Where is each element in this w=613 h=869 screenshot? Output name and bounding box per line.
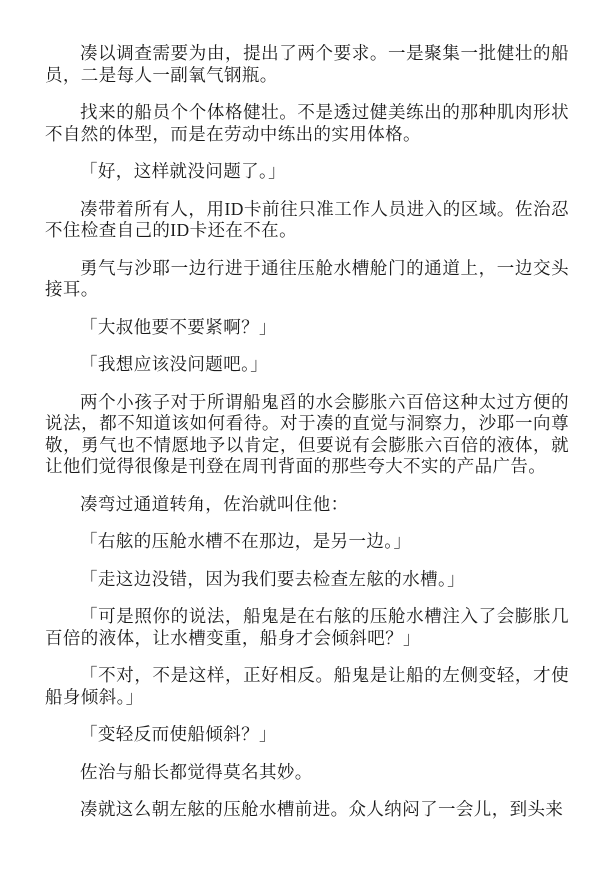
paragraph-dialogue: 「不对，不是这样，正好相反。船鬼是让船的左侧变轻，才使船身倾斜。」: [45, 665, 569, 708]
paragraph: 凑弯过通道转角，佐治就叫住他：: [45, 494, 569, 516]
paragraph-dialogue: 「大叔他要不要紧啊？」: [45, 317, 569, 339]
paragraph: 凑带着所有人，用ID卡前往只准工作人员进入的区域。佐治忍不住检查自己的ID卡还在…: [45, 199, 569, 242]
paragraph-dialogue: 「变轻反而使船倾斜？」: [45, 724, 569, 746]
paragraph-dialogue: 「我想应该没问题吧。」: [45, 354, 569, 376]
paragraph: 勇气与沙耶一边行进于通往压舱水槽舱门的通道上，一边交头接耳。: [45, 258, 569, 301]
paragraph: 两个小孩子对于所谓船鬼舀的水会膨胀六百倍这种太过方便的说法，都不知道该如何看待。…: [45, 392, 569, 478]
paragraph: 凑就这么朝左舷的压舱水槽前进。众人纳闷了一会儿，到头来: [45, 799, 569, 821]
paragraph-dialogue: 「右舷的压舱水槽不在那边，是另一边。」: [45, 531, 569, 553]
paragraph: 找来的船员个个体格健壮。不是透过健美练出的那种肌肉形状不自然的体型，而是在劳动中…: [45, 102, 569, 145]
paragraph: 佐治与船长都觉得莫名其妙。: [45, 762, 569, 784]
paragraph-dialogue: 「可是照你的说法，船鬼是在右舷的压舱水槽注入了会膨胀几百倍的液体，让水槽变重，船…: [45, 606, 569, 649]
paragraph-dialogue: 「走这边没错，因为我们要去检查左舷的水槽。」: [45, 569, 569, 591]
document-page: 凑以调查需要为由，提出了两个要求。一是聚集一批健壮的船员，二是每人一副氧气钢瓶。…: [0, 0, 613, 869]
paragraph: 凑以调查需要为由，提出了两个要求。一是聚集一批健壮的船员，二是每人一副氧气钢瓶。: [45, 43, 569, 86]
paragraph-dialogue: 「好，这样就没问题了。」: [45, 161, 569, 183]
